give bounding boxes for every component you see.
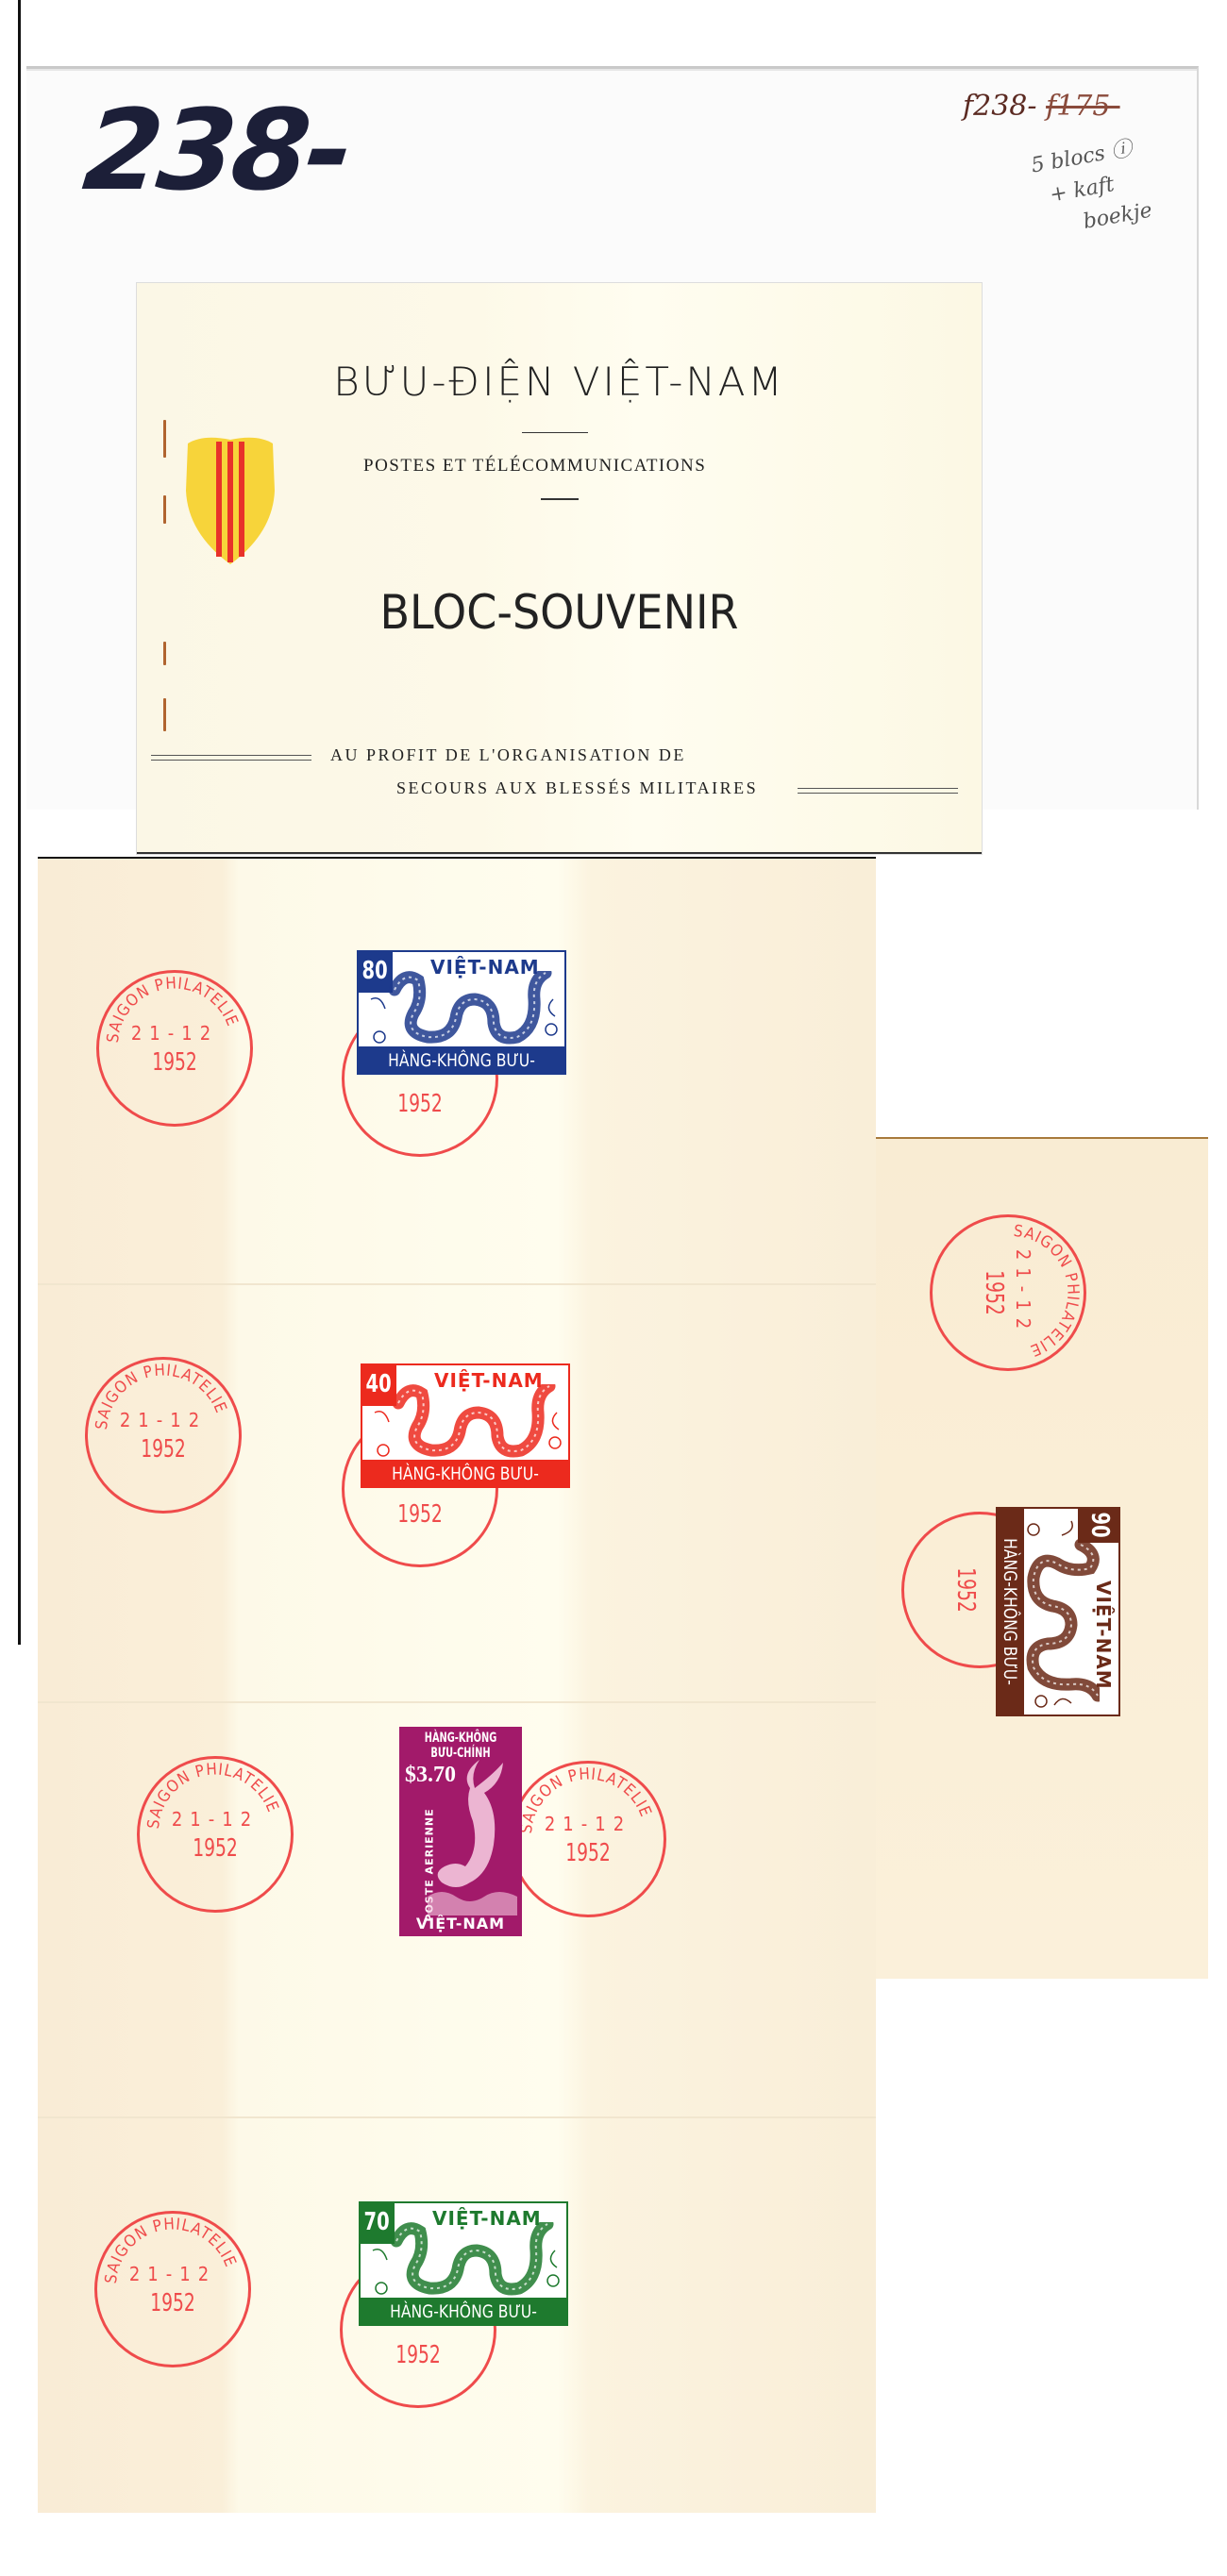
stamp-70c: 70c VIỆT-NAM HÀNG-KHÔNG BƯU-CHÍNH [359, 2201, 568, 2326]
cover-main-title: BLOC-SOUVENIR [171, 585, 948, 640]
postmark: SAIGON PHILATELIE 21-121952 [137, 1756, 294, 1913]
staple-rust [163, 420, 166, 458]
dragon-illustration-icon [370, 1384, 563, 1462]
ornament-rule [522, 432, 588, 433]
postmark: SAIGON PHILATELIE 21-121952 [94, 2211, 251, 2367]
dragon-illustration-icon [1022, 1516, 1100, 1710]
postmark: SAIGON PHILATELIE 21-121952 [85, 1357, 242, 1514]
souvenir-sheet-90c: SAIGON PHILATELIE 21-121952 1952 90c VIỆ… [864, 1137, 1208, 1979]
postmark: SAIGON PHILATELIE 21-121952 [930, 1214, 1086, 1371]
souvenir-sheet-80c: SAIGON PHILATELIE 21-121952 1952 80c VIỆ… [38, 857, 876, 1288]
dragon-illustration-icon [366, 971, 560, 1048]
lot-number: 238- [78, 85, 356, 215]
staple-rust [163, 642, 166, 665]
souvenir-sheet-40c: SAIGON PHILATELIE 21-121952 1952 40c VIỆ… [38, 1283, 876, 1703]
scan-border-line [18, 0, 21, 1645]
pencil-price: f238- f175- [963, 90, 1120, 123]
stamp-90c: 90c VIỆT-NAM HÀNG-KHÔNG BƯU-CHÍNH [996, 1507, 1120, 1716]
cover-dedication-line-2: SECOURS AUX BLESSÉS MILITAIRES [396, 778, 758, 798]
booklet-cover: BƯU-ĐIỆN VIỆT-NAM POSTES ET TÉLÉCOMMUNIC… [137, 283, 982, 854]
double-rule [798, 788, 958, 794]
souvenir-sheet-70c: SAIGON PHILATELIE 21-121952 1952 70c VIỆ… [38, 2116, 876, 2513]
staple-rust [163, 698, 166, 731]
stamp-3-70: HÀNG-KHÔNG BƯU-CHÍNH $3.70 POSTE AERIENN… [399, 1727, 522, 1936]
stamp-40c: 40c VIỆT-NAM HÀNG-KHÔNG BƯU-CHÍNH [361, 1363, 570, 1488]
double-rule [151, 755, 311, 761]
cover-title: BƯU-ĐIỆN VIỆT-NAM [137, 359, 982, 405]
stamp-80c: 80c VIỆT-NAM HÀNG-KHÔNG BƯU-CHÍNH [357, 950, 566, 1075]
cover-subtitle: POSTES ET TÉLÉCOMMUNICATIONS [363, 456, 706, 477]
staple-rust [163, 495, 166, 524]
souvenir-sheet-3-70: SAIGON PHILATELIE 21-121952 SAIGON PHILA… [38, 1701, 876, 2118]
pencil-note: 5 blocs ⓘ + kaft boekje [1029, 132, 1154, 246]
cover-dedication-line-1: AU PROFIT DE L'ORGANISATION DE [330, 745, 686, 765]
postmark: SAIGON PHILATELIE 21-121952 [96, 970, 253, 1127]
ornament-rule [541, 498, 579, 500]
price-current: f238- [963, 90, 1037, 123]
price-struck: f175- [1046, 90, 1120, 123]
fish-illustration-icon [428, 1755, 517, 1915]
postmark: SAIGON PHILATELIE 21-121952 [510, 1761, 666, 1917]
dragon-illustration-icon [368, 2222, 562, 2300]
shield-icon [184, 434, 277, 566]
